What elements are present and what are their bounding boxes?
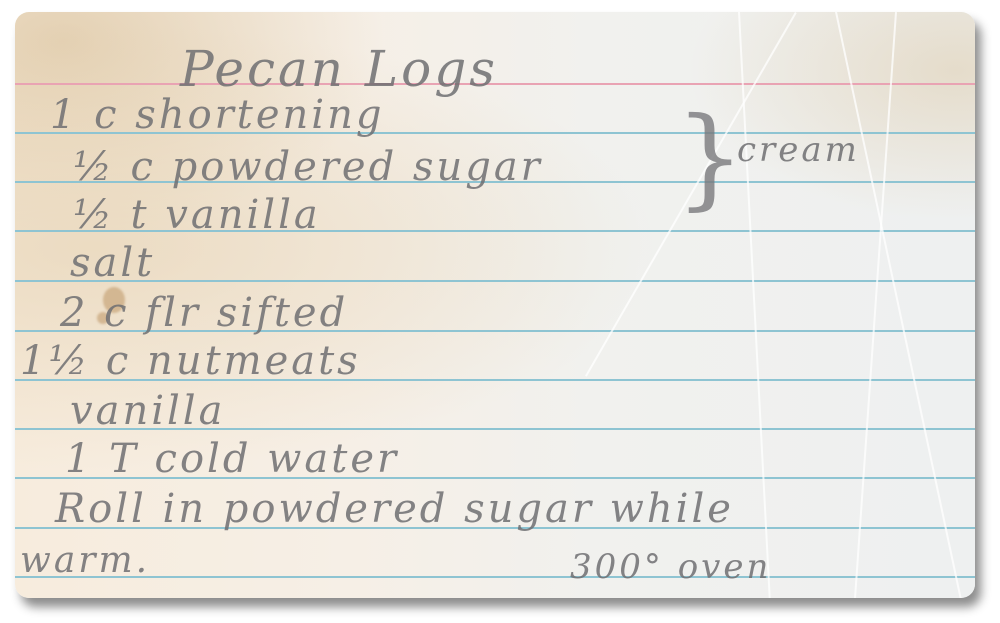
instruction-line: warm. [20,540,150,581]
blue-rule [15,576,975,578]
ingredient-line: ½ t vanilla [73,192,321,238]
ingredient-line: 2 c flr sifted [60,290,348,336]
instruction-line: Roll in powdered sugar while [55,486,734,532]
ingredient-line: salt [70,240,155,286]
paper-crease [835,12,962,598]
paper-crease [853,12,897,598]
ingredient-line: 1 c shortening [50,92,384,138]
ingredient-line: 1 T cold water [65,436,399,482]
cream-note: cream [737,130,860,170]
brace-glyph: } [675,102,745,212]
ingredient-line: ½ c powdered sugar [73,144,543,190]
blue-rule [15,280,975,282]
oven-note: 300° oven [570,547,771,587]
ingredient-line: vanilla [70,388,225,434]
recipe-title: Pecan Logs [180,40,498,98]
recipe-card: Pecan Logs 1 c shortening ½ c powdered s… [15,12,975,598]
ingredient-line: 1½ c nutmeats [20,338,361,384]
